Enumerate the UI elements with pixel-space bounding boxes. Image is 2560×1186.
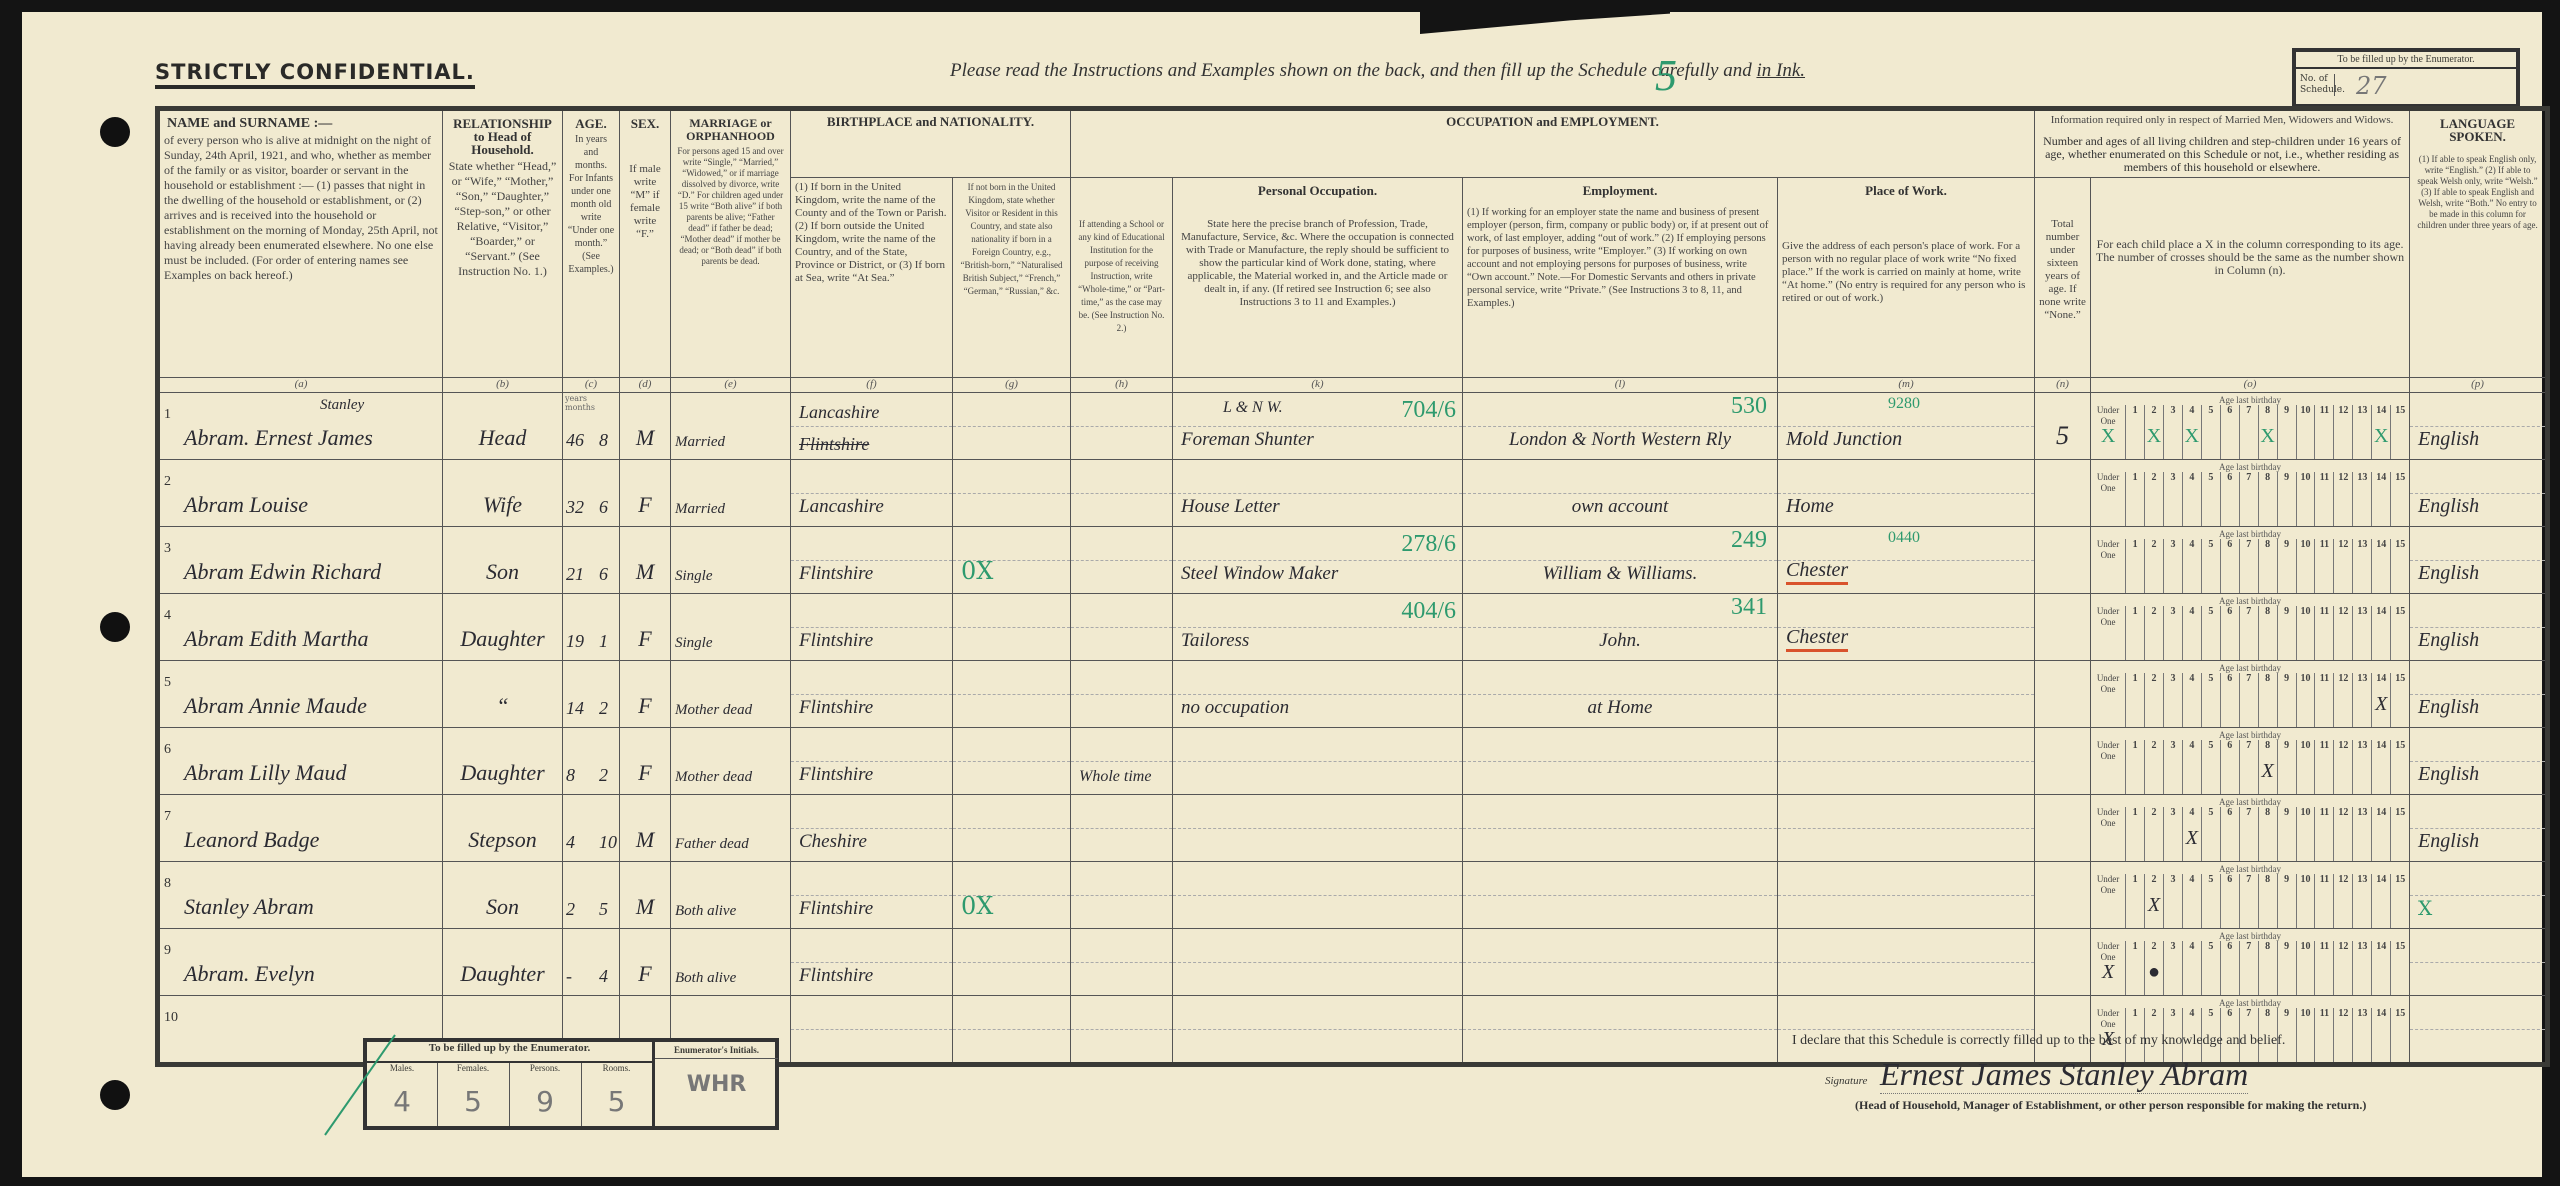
enumerator-initials-cell: Enumerator's Initials. WHR	[652, 1042, 778, 1126]
header-language-text: (1) If able to speak English only, write…	[2414, 154, 2541, 231]
age-column: 6	[2220, 673, 2239, 727]
age-column: 11	[2314, 941, 2333, 995]
age-column: 5	[2201, 673, 2220, 727]
cell-birthplace	[791, 996, 953, 1065]
cell-birthplace: Cheshire	[791, 795, 953, 862]
cell-school: Whole time	[1071, 728, 1173, 795]
age-years: 32	[566, 497, 584, 518]
cell-employment	[1463, 728, 1778, 795]
rooms-cell: Rooms.5	[581, 1063, 652, 1126]
age-column: 12	[2333, 807, 2352, 861]
header-birthplace: (1) If born in the United Kingdom, write…	[791, 178, 953, 378]
relationship: Stepson	[443, 827, 562, 853]
schedule-box-header: To be filled up by the Enumerator.	[2296, 52, 2516, 69]
employer-code: 530	[1731, 393, 1767, 420]
cell-marriage: Married	[671, 393, 791, 460]
cell-nationality	[953, 795, 1071, 862]
birthplace: Flintshire	[799, 965, 873, 987]
cell-sex: M	[620, 393, 671, 460]
person-row: 8Stanley AbramSon25MBoth aliveFlintshire…	[158, 862, 2548, 929]
cell-employment	[1463, 862, 1778, 929]
cell-employment	[1463, 996, 1778, 1065]
cell-nationality	[953, 996, 1071, 1065]
child-cross-mark: X	[2145, 425, 2163, 448]
age-column: 2●	[2144, 941, 2163, 995]
age-column: 8X	[2258, 405, 2277, 459]
birthplace: Cheshire	[799, 831, 867, 853]
age-column: 1	[2125, 472, 2144, 526]
age-column: 9	[2277, 740, 2296, 794]
cell-marriage: Father dead	[671, 795, 791, 862]
age-column: 2X	[2144, 874, 2163, 928]
initials-header: Enumerator's Initials.	[655, 1042, 778, 1059]
cell-age: 82	[563, 728, 620, 795]
age-column: 15	[2390, 472, 2409, 526]
punch-hole	[100, 117, 130, 147]
age-column: 7	[2239, 539, 2258, 593]
age-column: 13	[2352, 740, 2371, 794]
cell-children-ages: Age last birthdayUnder One1234X567891011…	[2091, 795, 2410, 862]
age-grid: Age last birthdayUnder One12345678910111…	[2091, 527, 2409, 593]
letter-n: (n)	[2035, 378, 2091, 393]
letter-m: (m)	[1778, 378, 2035, 393]
cell-relationship: Son	[443, 862, 563, 929]
cell-birthplace: Flintshire	[791, 728, 953, 795]
schedule-number: 27	[2356, 72, 2387, 100]
age-column: 7	[2239, 405, 2258, 459]
cell-marriage: Mother dead	[671, 728, 791, 795]
cell-birthplace: Flintshire	[791, 862, 953, 929]
age-years: -	[566, 966, 572, 987]
age-column: 6	[2220, 405, 2239, 459]
cell-age: 326	[563, 460, 620, 527]
cell-occupation: Tailoress404/6	[1173, 594, 1463, 661]
cell-marriage: Both alive	[671, 862, 791, 929]
age-columns: Under One1234X56789101112131415	[2091, 807, 2409, 861]
cell-children-total	[2035, 460, 2091, 527]
age-column: 14X	[2371, 405, 2390, 459]
cell-language: X	[2410, 862, 2548, 929]
header-age-text: In years and months. For Infants under o…	[567, 133, 615, 276]
cell-name: 4Abram Edith Martha	[158, 594, 443, 661]
cell-sex: M	[620, 527, 671, 594]
cell-children-total	[2035, 795, 2091, 862]
age-column: Under One	[2091, 539, 2125, 593]
age-grid: Age last birthdayUnder One12345678X91011…	[2091, 728, 2409, 794]
age-column: 11	[2314, 740, 2333, 794]
nationality-mark: 0X	[961, 557, 993, 585]
language: English	[2418, 830, 2479, 853]
children-total: 5	[2035, 421, 2090, 451]
signature-note: (Head of Household, Manager of Establish…	[1855, 1098, 2366, 1113]
age-column: 15	[2390, 807, 2409, 861]
rooms-value: 5	[581, 1085, 652, 1118]
age-column: 9	[2277, 539, 2296, 593]
cell-children-ages: Age last birthdayUnder OneX1234567891011…	[2091, 996, 2410, 1065]
cell-occupation	[1173, 795, 1463, 862]
age-column: 4	[2182, 740, 2201, 794]
age-grid-header: Age last birthday	[2091, 529, 2409, 539]
age-years: 46	[566, 430, 584, 451]
occupation-prefix: L & N W.	[1223, 399, 1283, 417]
cell-nationality: 0X	[953, 527, 1071, 594]
row-number: 9	[164, 943, 171, 959]
age-column: 4	[2182, 941, 2201, 995]
age-years: 14	[566, 698, 584, 719]
school-attendance: Whole time	[1079, 768, 1151, 786]
age-months: 4	[599, 966, 608, 987]
age-grid: Age last birthdayUnder One1234X567891011…	[2091, 795, 2409, 861]
age-grid: Age last birthdayUnder One12345678910111…	[2091, 460, 2409, 526]
age-column: 2	[2144, 539, 2163, 593]
age-months: 6	[599, 497, 608, 518]
age-grid: Age last birthdayUnder One12345678910111…	[2091, 661, 2409, 727]
header-row: NAME and SURNAME :— of every person who …	[158, 109, 2548, 178]
age-column: Under One	[2091, 807, 2125, 861]
enumerator-header: To be filled up by the Enumerator.	[367, 1042, 652, 1063]
header-sex-text: If male write “M” if female write “F.”	[624, 163, 666, 241]
cell-school	[1071, 594, 1173, 661]
person-rows: 1StanleyAbram. Ernest JamesHeadyears mon…	[158, 393, 2548, 1065]
cell-relationship: Daughter	[443, 929, 563, 996]
person-name: Abram Annie Maude	[184, 693, 367, 719]
age-column: 13	[2352, 673, 2371, 727]
age-column: 10	[2296, 941, 2315, 995]
age-column: 12	[2333, 941, 2352, 995]
cell-sex: F	[620, 460, 671, 527]
language: English	[2418, 763, 2479, 786]
header-school: If attending a School or any kind of Edu…	[1071, 178, 1173, 378]
cell-birthplace: Flintshire	[791, 929, 953, 996]
age-column: 11	[2314, 1008, 2333, 1062]
header-name-title: NAME and SURNAME :—	[164, 114, 438, 133]
age-column: 4	[2182, 472, 2201, 526]
rooms-label: Rooms.	[581, 1063, 652, 1073]
child-cross-mark: X	[2091, 961, 2125, 984]
age-column: Under One	[2091, 740, 2125, 794]
header-age-title: AGE.	[567, 114, 615, 133]
header-relationship-text: State whether “Head,” or “Wife,” “Mother…	[447, 159, 558, 279]
age-column: 12	[2333, 472, 2352, 526]
header-age: AGE. In years and months. For Infants un…	[563, 109, 620, 378]
cell-employment: at Home	[1463, 661, 1778, 728]
cell-language: English	[2410, 460, 2548, 527]
sex: M	[620, 425, 670, 451]
age-column: 4X	[2182, 807, 2201, 861]
age-column: 4	[2182, 539, 2201, 593]
cell-age: 142	[563, 661, 620, 728]
age-column: 10	[2296, 673, 2315, 727]
age-column: 6	[2220, 740, 2239, 794]
header-children-ages: For each child place a X in the column c…	[2091, 178, 2410, 378]
child-cross-mark: ●	[2145, 961, 2163, 984]
age-grid-header: Age last birthday	[2091, 395, 2409, 405]
cell-employment: own account	[1463, 460, 1778, 527]
age-column: 3	[2163, 807, 2182, 861]
age-column: 11	[2314, 539, 2333, 593]
age-months: 1	[599, 631, 608, 652]
birthplace: Lancashire	[799, 402, 879, 423]
header-employment: Employment. (1) If working for an employ…	[1463, 178, 1778, 378]
age-column: 13	[2352, 874, 2371, 928]
language: English	[2418, 629, 2479, 652]
sex: M	[620, 894, 670, 920]
person-row: 7Leanord BadgeStepson410MFather deadChes…	[158, 795, 2548, 862]
relationship: Daughter	[443, 626, 562, 652]
cell-age: 25	[563, 862, 620, 929]
age-column: 8X	[2258, 740, 2277, 794]
age-column: 1	[2125, 606, 2144, 660]
age-columns: Under One123456789101112131415	[2091, 472, 2409, 526]
age-column: 15	[2390, 941, 2409, 995]
cell-children-ages: Age last birthdayUnder OneX12X34X5678X91…	[2091, 393, 2410, 460]
census-table: NAME and SURNAME :— of every person who …	[155, 106, 2550, 1067]
age-months: 8	[599, 430, 608, 451]
instructions-ink: in Ink.	[1756, 60, 1805, 81]
age-grid: Age last birthdayUnder One12X34567891011…	[2091, 862, 2409, 928]
person-row: 2Abram LouiseWife326FMarriedLancashireHo…	[158, 460, 2548, 527]
cell-language: English	[2410, 661, 2548, 728]
person-name: Stanley Abram	[184, 894, 314, 920]
age-months: 2	[599, 765, 608, 786]
cell-name: 8Stanley Abram	[158, 862, 443, 929]
age-column: 7	[2239, 874, 2258, 928]
age-column: 7	[2239, 740, 2258, 794]
age-column: 13	[2352, 405, 2371, 459]
age-column: Under OneX	[2091, 405, 2125, 459]
marriage-status: Both alive	[675, 970, 736, 987]
punch-hole	[100, 1080, 130, 1110]
cell-school	[1071, 795, 1173, 862]
letter-l: (l)	[1463, 378, 1778, 393]
age-column: 8	[2258, 941, 2277, 995]
cell-employment: William & Williams.249	[1463, 527, 1778, 594]
age-column: 2	[2144, 606, 2163, 660]
cell-children-ages: Age last birthdayUnder One12345678910111…	[2091, 527, 2410, 594]
birthplace: Lancashire	[799, 496, 884, 518]
age-columns: Under One12345678X9101112131415	[2091, 740, 2409, 794]
age-column: Under One	[2091, 606, 2125, 660]
letter-a: (a)	[158, 378, 443, 393]
cell-nationality	[953, 661, 1071, 728]
age-column: 10	[2296, 405, 2315, 459]
marriage-status: Mother dead	[675, 702, 752, 719]
letter-e: (e)	[671, 378, 791, 393]
person-row: 6Abram Lilly MaudDaughter82FMother deadF…	[158, 728, 2548, 795]
age-column: 7	[2239, 807, 2258, 861]
sex: M	[620, 559, 670, 585]
header-children-total: Total number under sixteen years of age.…	[2035, 178, 2091, 378]
schedule-box-label: No. of Schedule.	[2300, 74, 2335, 96]
child-cross-mark: X	[2183, 827, 2201, 850]
age-column: 13	[2352, 539, 2371, 593]
age-column: 6	[2220, 472, 2239, 526]
place-of-work: Mold Junction	[1786, 428, 1902, 451]
age-column: 3	[2163, 606, 2182, 660]
cell-employment	[1463, 795, 1778, 862]
employer-code: 341	[1731, 594, 1767, 621]
age-column: 14	[2371, 874, 2390, 928]
age-column: 8	[2258, 539, 2277, 593]
age-column: 8	[2258, 807, 2277, 861]
cell-birthplace: FlintshireLancashire	[791, 393, 953, 460]
age-grid-header: Age last birthday	[2091, 596, 2409, 606]
cell-children-ages: Age last birthdayUnder One12X34567891011…	[2091, 862, 2410, 929]
cell-relationship: Head	[443, 393, 563, 460]
cell-age: 216	[563, 527, 620, 594]
cell-language: English	[2410, 527, 2548, 594]
nationality-mark: 0X	[961, 892, 993, 920]
place-code: 9280	[1888, 395, 1920, 413]
age-columns: Under One123456789101112131415	[2091, 606, 2409, 660]
cell-nationality	[953, 728, 1071, 795]
age-column: 15	[2390, 1008, 2409, 1062]
age-months: 6	[599, 564, 608, 585]
place-code: 0440	[1888, 529, 1920, 547]
cell-occupation: House Letter	[1173, 460, 1463, 527]
person-row: 4Abram Edith MarthaDaughter191FSingleFli…	[158, 594, 2548, 661]
age-columns: Under One123456789101112131415	[2091, 539, 2409, 593]
employer: at Home	[1463, 697, 1777, 719]
age-years: 19	[566, 631, 584, 652]
age-column: 13	[2352, 1008, 2371, 1062]
birthplace-struck: Flintshire	[799, 434, 869, 455]
cell-place-of-work	[1778, 728, 2035, 795]
age-column: 6	[2220, 539, 2239, 593]
relationship: Wife	[443, 492, 562, 518]
age-column: Under One	[2091, 874, 2125, 928]
cell-occupation: no occupation	[1173, 661, 1463, 728]
age-grid-header: Age last birthday	[2091, 797, 2409, 807]
cell-relationship: Wife	[443, 460, 563, 527]
relationship: Daughter	[443, 961, 562, 987]
cell-place-of-work	[1778, 661, 2035, 728]
age-grid-header: Age last birthday	[2091, 931, 2409, 941]
header-relationship-title: RELATIONSHIP to Head of Household.	[447, 114, 558, 159]
cell-birthplace: Flintshire	[791, 594, 953, 661]
header-language-title: LANGUAGE SPOKEN.	[2414, 114, 2541, 146]
cell-place-of-work: Mold Junction9280	[1778, 393, 2035, 460]
cell-nationality	[953, 460, 1071, 527]
cell-place-of-work	[1778, 795, 2035, 862]
header-occupation-title: OCCUPATION and EMPLOYMENT.	[1071, 109, 2035, 178]
age-column: 2	[2144, 673, 2163, 727]
cell-language: English	[2410, 393, 2548, 460]
signature-label: Signature	[1825, 1075, 1867, 1087]
age-column: 3	[2163, 874, 2182, 928]
age-column: 1	[2125, 539, 2144, 593]
age-column: Under OneX	[2091, 941, 2125, 995]
name-insert: Stanley	[320, 397, 364, 414]
header-sex: SEX. If male write “M” if female write “…	[620, 109, 671, 378]
age-grid-header: Age last birthday	[2091, 730, 2409, 740]
cell-name: 2Abram Louise	[158, 460, 443, 527]
row-number: 10	[164, 1010, 178, 1026]
header-place-text: Give the address of each person's place …	[1782, 240, 2030, 305]
females-cell: Females.5	[437, 1063, 510, 1126]
cell-children-ages: Age last birthdayUnder OneX12●3456789101…	[2091, 929, 2410, 996]
row-number: 5	[164, 675, 171, 691]
age-column: 15	[2390, 606, 2409, 660]
cell-employment	[1463, 929, 1778, 996]
relationship: Son	[443, 559, 562, 585]
header-children-title-text: Information required only in respect of …	[2039, 114, 2405, 127]
age-column: 11	[2314, 405, 2333, 459]
header-nationality: If not born in the United Kingdom, state…	[953, 178, 1071, 378]
age-column: 13	[2352, 807, 2371, 861]
cell-school	[1071, 460, 1173, 527]
cell-children-ages: Age last birthdayUnder One12345678910111…	[2091, 594, 2410, 661]
age-columns: Under One12X3456789101112131415	[2091, 874, 2409, 928]
cell-nationality: 0X	[953, 862, 1071, 929]
cell-place-of-work: Chester	[1778, 594, 2035, 661]
cell-occupation: Steel Window Maker278/6	[1173, 527, 1463, 594]
letter-p: (p)	[2410, 378, 2548, 393]
age-column: 5	[2201, 807, 2220, 861]
letter-o: (o)	[2091, 378, 2410, 393]
employer: John.	[1463, 630, 1777, 652]
age-column: 1	[2125, 941, 2144, 995]
age-grid-header: Age last birthday	[2091, 663, 2409, 673]
age-column: 12	[2333, 740, 2352, 794]
cell-place-of-work	[1778, 862, 2035, 929]
cell-language: English	[2410, 795, 2548, 862]
person-row: 5Abram Annie Maude“142FMother deadFlints…	[158, 661, 2548, 728]
age-column: 8	[2258, 673, 2277, 727]
age-column: 6	[2220, 807, 2239, 861]
age-column: 11	[2314, 807, 2333, 861]
females-label: Females.	[437, 1063, 509, 1073]
letter-d: (d)	[620, 378, 671, 393]
header-occupation: Personal Occupation. State here the prec…	[1173, 178, 1463, 378]
age-column: 1	[2125, 740, 2144, 794]
header-place-title: Place of Work.	[1782, 181, 2030, 200]
header-marriage-title: MARRIAGE or ORPHANHOOD	[675, 114, 786, 146]
occupation: House Letter	[1181, 496, 1280, 518]
instructions-text: Please read the Instructions and Example…	[950, 60, 1752, 81]
header-place-of-work: Place of Work. Give the address of each …	[1778, 178, 2035, 378]
age-column: 1	[2125, 405, 2144, 459]
age-years: 8	[566, 765, 575, 786]
age-column: 8	[2258, 606, 2277, 660]
cell-occupation	[1173, 862, 1463, 929]
age-column: 14X	[2371, 673, 2390, 727]
age-column: 8	[2258, 472, 2277, 526]
age-column: 12	[2333, 606, 2352, 660]
age-column: 12	[2333, 673, 2352, 727]
cell-birthplace: Flintshire	[791, 661, 953, 728]
child-cross-mark: X	[2259, 425, 2277, 448]
age-column: 5	[2201, 606, 2220, 660]
occupation-code: 278/6	[1401, 531, 1456, 558]
person-name: Leanord Badge	[184, 827, 319, 853]
age-months: 2	[599, 698, 608, 719]
age-column: Under One	[2091, 673, 2125, 727]
cell-children-total	[2035, 594, 2091, 661]
age-column: 8	[2258, 874, 2277, 928]
cell-relationship: Stepson	[443, 795, 563, 862]
age-column: 1	[2125, 874, 2144, 928]
employer-code: 249	[1731, 527, 1767, 554]
age-column: 5	[2201, 472, 2220, 526]
age-grid: Age last birthdayUnder OneX12●3456789101…	[2091, 929, 2409, 995]
person-name: Abram Lilly Maud	[184, 760, 347, 786]
sex: M	[620, 827, 670, 853]
header-birthplace-title: BIRTHPLACE and NATIONALITY.	[791, 109, 1071, 178]
persons-label: Persons.	[509, 1063, 581, 1073]
header-marriage-text: For persons aged 15 and over write “Sing…	[675, 146, 786, 267]
marriage-status: Single	[675, 635, 713, 652]
